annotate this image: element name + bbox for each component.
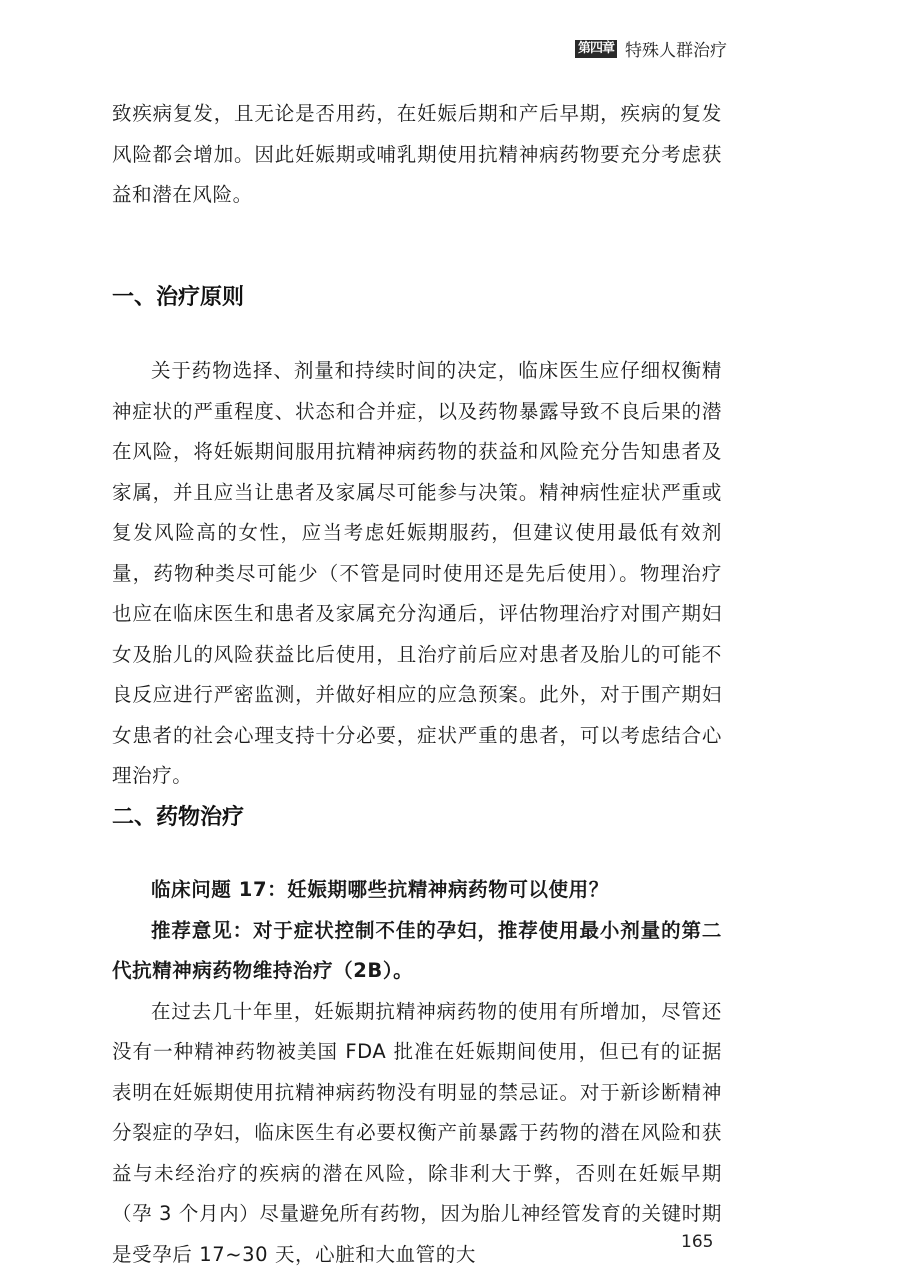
intro-block: 致疾病复发，且无论是否用药，在妊娠后期和产后早期，疾病的复发风险都会增加。因此妊… (112, 94, 722, 216)
chapter-title: 特殊人群治疗 (625, 36, 727, 61)
page-number: 165 (681, 1232, 713, 1252)
medication-block: 临床问题 17：妊娠期哪些抗精神病药物可以使用？ 推荐意见：对于症状控制不佳的孕… (112, 870, 722, 1275)
principles-block: 关于药物选择、剂量和持续时间的决定，临床医生应仔细权衡精神症状的严重程度、状态和… (112, 351, 722, 797)
principles-paragraph: 关于药物选择、剂量和持续时间的决定，临床医生应仔细权衡精神症状的严重程度、状态和… (112, 351, 722, 797)
medication-paragraph: 在过去几十年里，妊娠期抗精神病药物的使用有所增加，尽管还没有一种精神药物被美国 … (112, 992, 722, 1276)
recommendation: 推荐意见：对于症状控制不佳的孕妇，推荐使用最小剂量的第二代抗精神病药物维持治疗（… (112, 911, 722, 992)
running-header: 第四章 特殊人群治疗 (575, 36, 727, 61)
intro-paragraph: 致疾病复发，且无论是否用药，在妊娠后期和产后早期，疾病的复发风险都会增加。因此妊… (112, 94, 722, 216)
section-heading-principles: 一、治疗原则 (112, 280, 244, 311)
clinical-question: 临床问题 17：妊娠期哪些抗精神病药物可以使用？ (112, 870, 722, 911)
section-heading-medication: 二、药物治疗 (112, 800, 244, 831)
chapter-badge: 第四章 (575, 40, 617, 58)
